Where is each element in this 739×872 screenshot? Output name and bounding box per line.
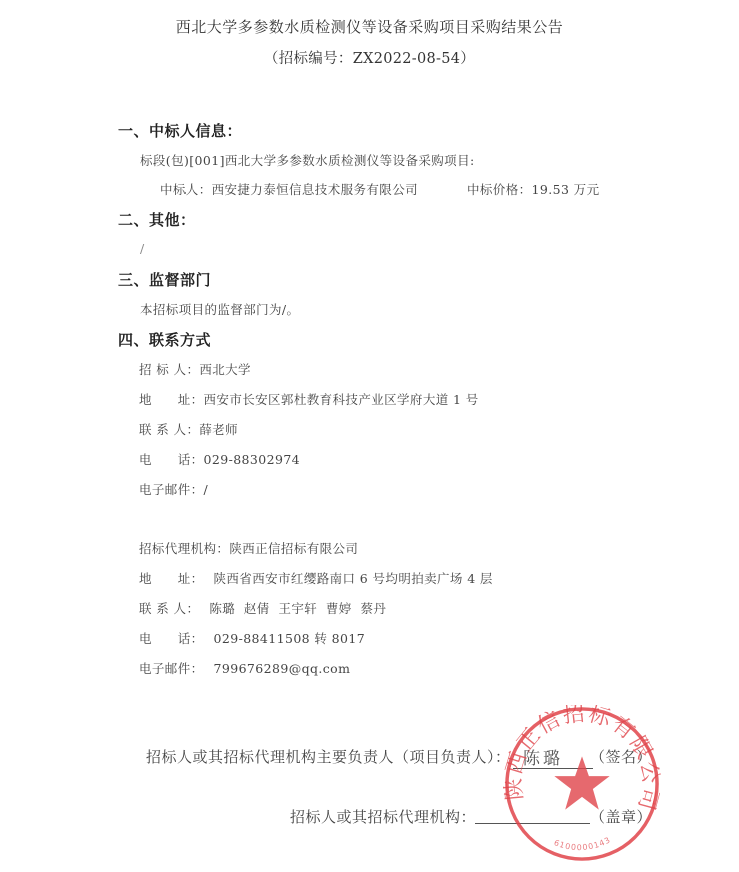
price-value: 19.53 万元 (532, 182, 600, 197)
agency-phone-value: 029-88411508 转 8017 (214, 631, 366, 646)
stamp-code: 6100000143 (553, 835, 613, 852)
agency-address-label: 地 址： (139, 571, 204, 586)
tenderer-name-value: 西北大学 (199, 362, 251, 377)
supervision-content: 本招标项目的监督部门为/。 (140, 300, 299, 318)
agency-name-value: 陕西正信招标有限公司 (229, 541, 358, 556)
document-title: 西北大学多参数水质检测仪等设备采购项目采购结果公告 (0, 16, 739, 37)
tenderer-name-label: 招 标 人： (139, 362, 199, 377)
lot-description: 标段(包)[001]西北大学多参数水质检测仪等设备采购项目: (140, 151, 475, 169)
tenderer-contact-value: 薛老师 (199, 422, 238, 437)
tenderer-address-label: 地 址： (139, 392, 204, 407)
section-heading-other: 二、其他： (118, 209, 196, 230)
agency-phone-label: 电 话： (139, 631, 204, 646)
stray-mark (184, 192, 186, 194)
agency-email-row: 电子邮件：799676289@qq.com (139, 659, 350, 677)
agency-seal-label: 招标人或其招标代理机构： (290, 806, 476, 827)
tenderer-name-row: 招 标 人：西北大学 (139, 360, 251, 378)
tenderer-phone-label: 电 话： (139, 452, 204, 467)
tenderer-email-label: 电子邮件： (139, 482, 204, 497)
winner-label: 中标人： (160, 182, 212, 197)
agency-address-value: 陕西省西安市红缨路南口 6 号均明拍卖广场 4 层 (214, 571, 493, 586)
star-icon (554, 756, 609, 809)
winner-name: 西安捷力泰恒信息技术服务有限公司 (212, 182, 418, 197)
section-heading-winner: 一、中标人信息： (118, 120, 242, 141)
agency-name-label: 招标代理机构： (139, 541, 229, 556)
tenderer-contact-row: 联 系 人：薛老师 (139, 420, 238, 438)
price-label: 中标价格： (467, 182, 532, 197)
agency-address-row: 地 址：陕西省西安市红缨路南口 6 号均明拍卖广场 4 层 (139, 569, 493, 587)
section-heading-contact: 四、联系方式 (118, 329, 211, 350)
svg-text:6100000143: 6100000143 (553, 835, 613, 852)
tenderer-contact-label: 联 系 人： (139, 422, 199, 437)
tender-number: （招标编号：ZX2022-08-54） (0, 47, 739, 68)
agency-phone-row: 电 话：029-88411508 转 8017 (139, 629, 365, 647)
agency-name-row: 招标代理机构：陕西正信招标有限公司 (139, 539, 358, 557)
section-heading-supervision: 三、监督部门 (118, 269, 211, 290)
agency-contact-label: 联 系 人： (139, 601, 199, 616)
agency-contact-row: 联 系 人：陈璐 赵倩 王宇轩 曹婷 蔡丹 (139, 599, 386, 617)
tenderer-address-value: 西安市长安区郭杜教育科技产业区学府大道 1 号 (204, 392, 479, 407)
other-content: / (140, 241, 145, 256)
agency-email-value: 799676289@qq.com (214, 661, 351, 676)
responsible-label: 招标人或其招标代理机构主要负责人（项目负责人）： (146, 746, 511, 767)
tenderer-phone-row: 电 话：029-88302974 (139, 450, 300, 468)
price-row: 中标价格：19.53 万元 (467, 180, 599, 198)
tenderer-email-value: / (204, 482, 209, 497)
agency-email-label: 电子邮件： (139, 661, 204, 676)
tenderer-address-row: 地 址：西安市长安区郭杜教育科技产业区学府大道 1 号 (139, 390, 479, 408)
tenderer-phone-value: 029-88302974 (204, 452, 301, 467)
agency-contact-value: 陈璐 赵倩 王宇轩 曹婷 蔡丹 (209, 601, 386, 616)
tenderer-email-row: 电子邮件：/ (139, 480, 208, 498)
winner-row: 中标人：西安捷力泰恒信息技术服务有限公司 (160, 180, 418, 198)
official-seal-stamp: 陕西正信招标有限公司 6100000143 (503, 705, 661, 863)
